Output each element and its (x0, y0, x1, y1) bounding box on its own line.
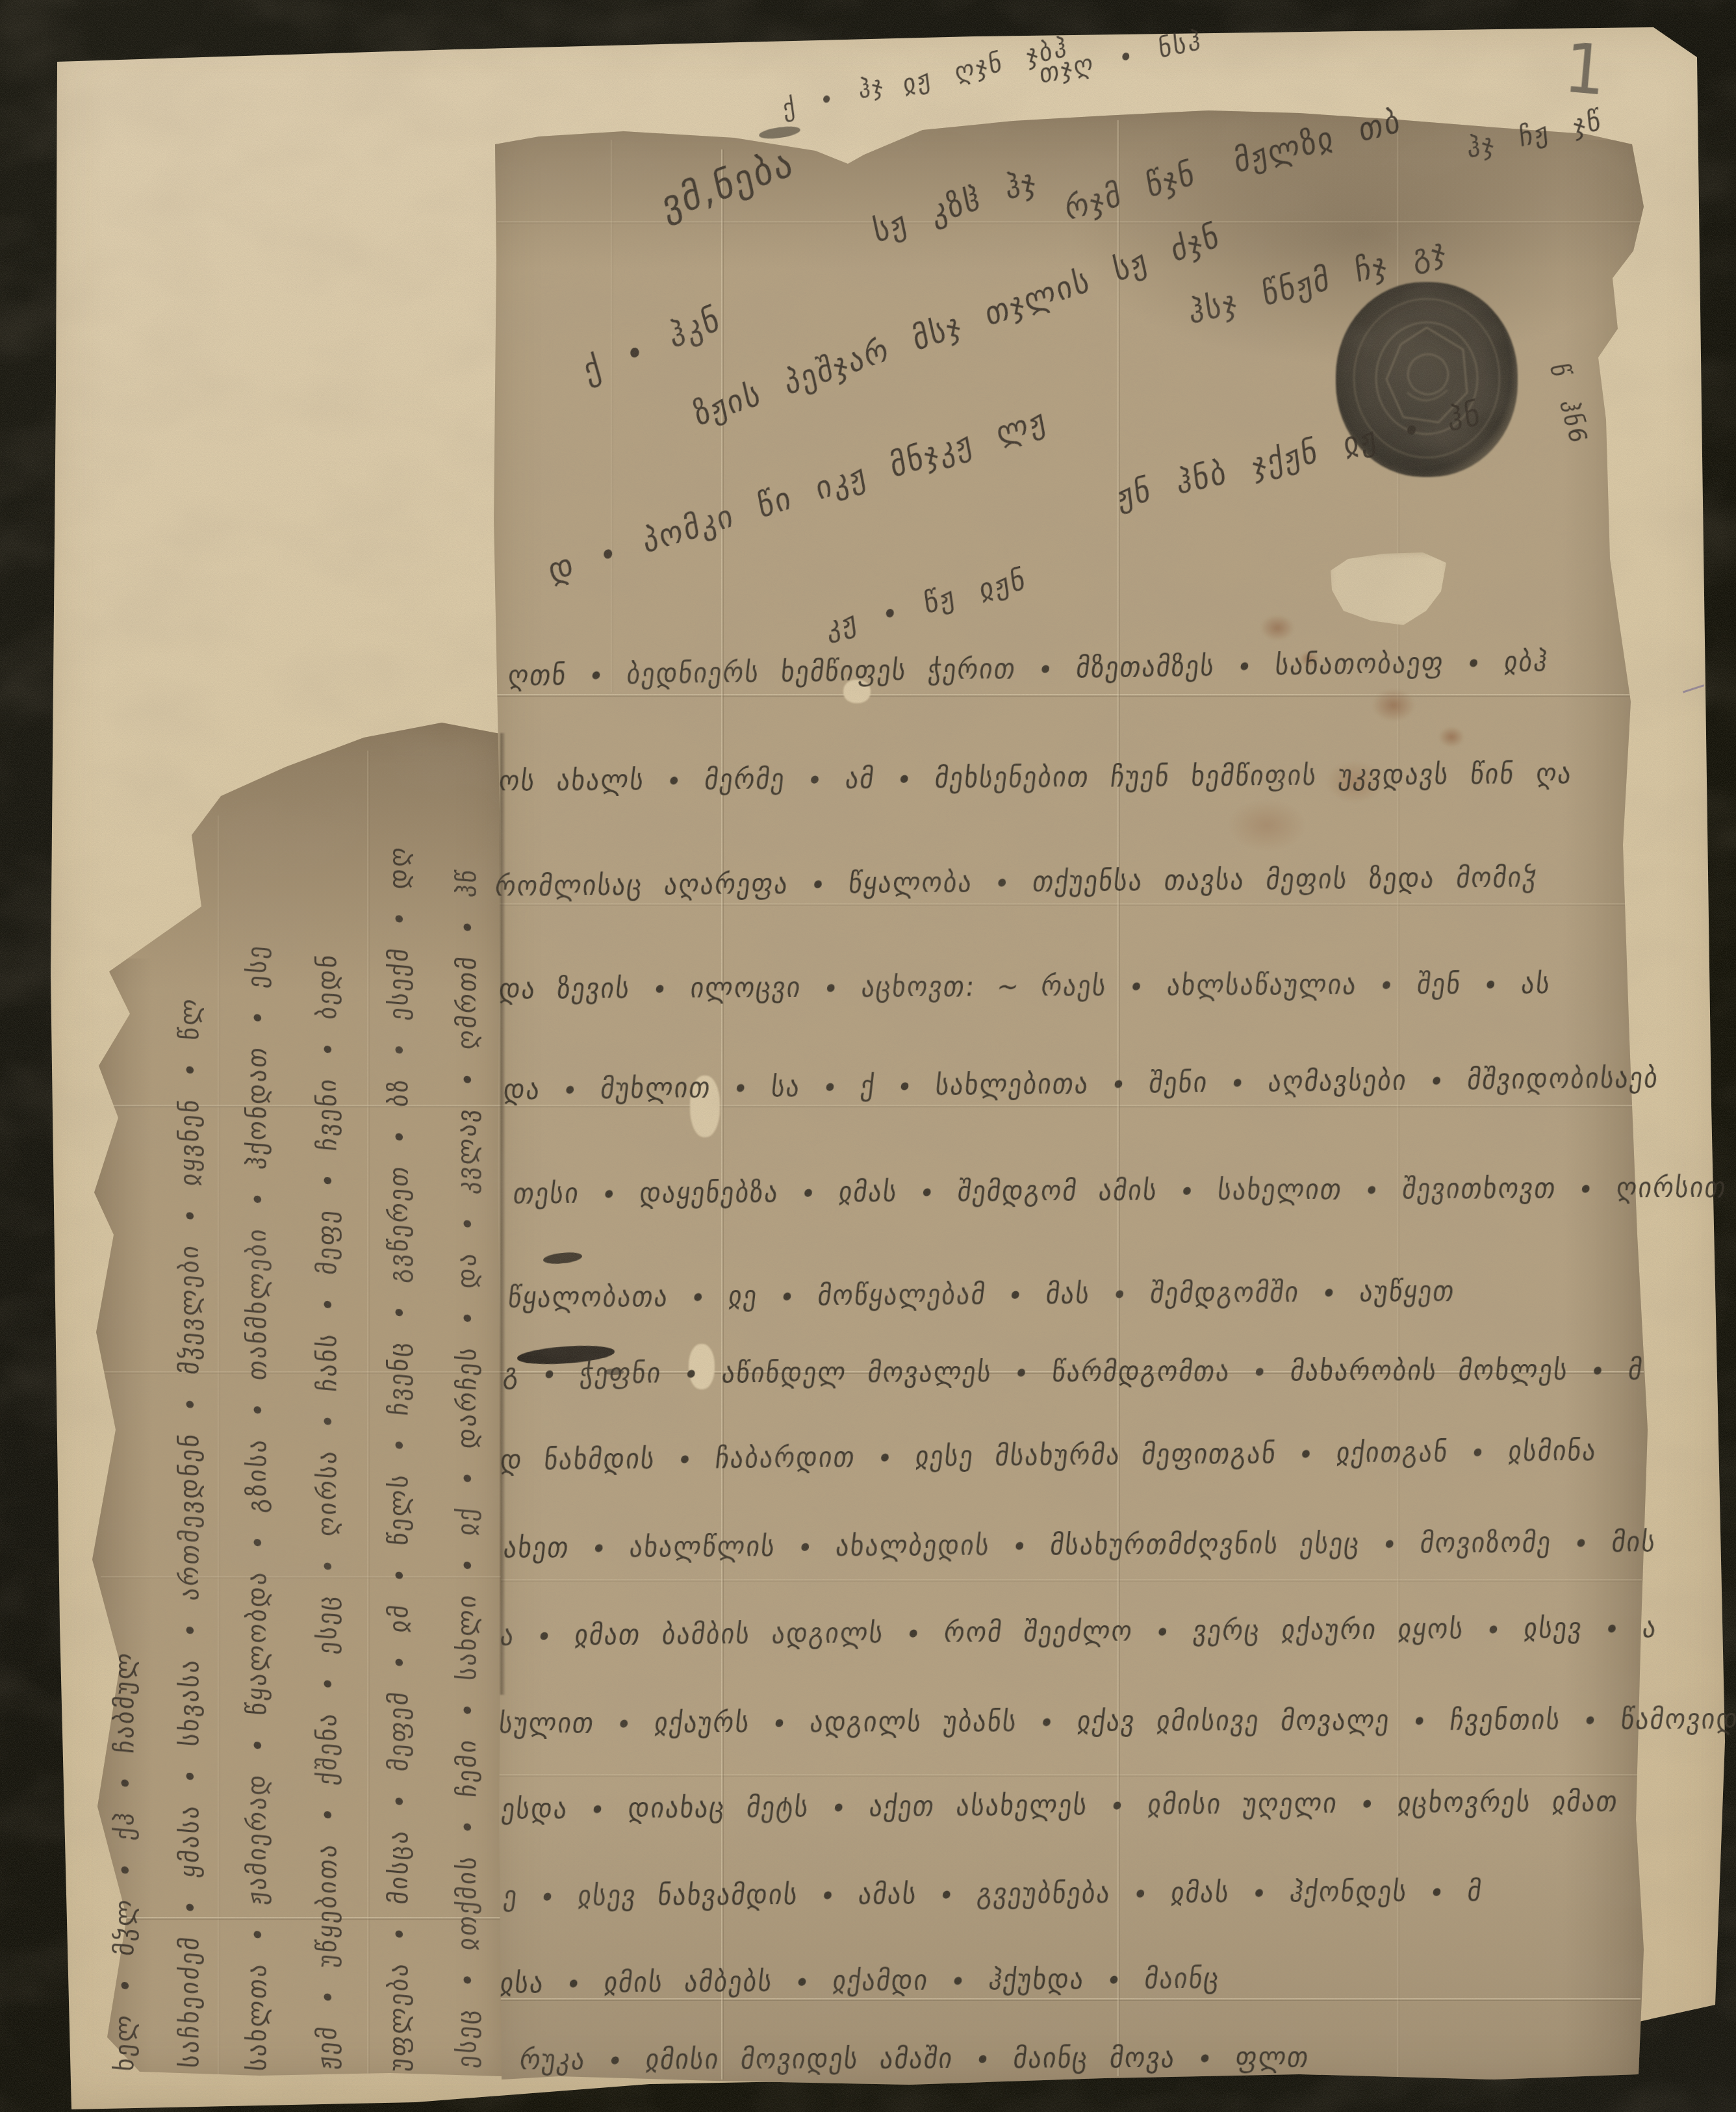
fold-crease (101, 1576, 504, 1578)
fold-crease (94, 1105, 504, 1107)
fold-crease (494, 903, 1637, 906)
top-right-soil-shade (887, 101, 1653, 543)
fold-crease (491, 1105, 1644, 1107)
bottom-soil-shade (484, 1790, 1653, 2093)
fold-crease (1117, 120, 1120, 2076)
fold-crease (494, 694, 1644, 697)
seal-emblem (1336, 282, 1518, 477)
fold-crease (218, 816, 220, 2076)
fold-crease (491, 1371, 1644, 1374)
sheet-seam (500, 733, 505, 1695)
fold-crease (497, 221, 1640, 224)
fold-crease (611, 140, 613, 692)
fold-crease (492, 1579, 1642, 1582)
fold-crease (494, 1998, 1640, 2001)
seal-stamp (1336, 282, 1518, 477)
fold-crease (367, 751, 370, 2076)
page-number: 1 (1561, 28, 1609, 111)
fold-crease (94, 1371, 504, 1374)
fold-crease (492, 1774, 1642, 1777)
fold-crease (104, 1917, 504, 1920)
scanned-document-page: 1 (0, 0, 1736, 2112)
fold-crease (721, 149, 724, 2080)
